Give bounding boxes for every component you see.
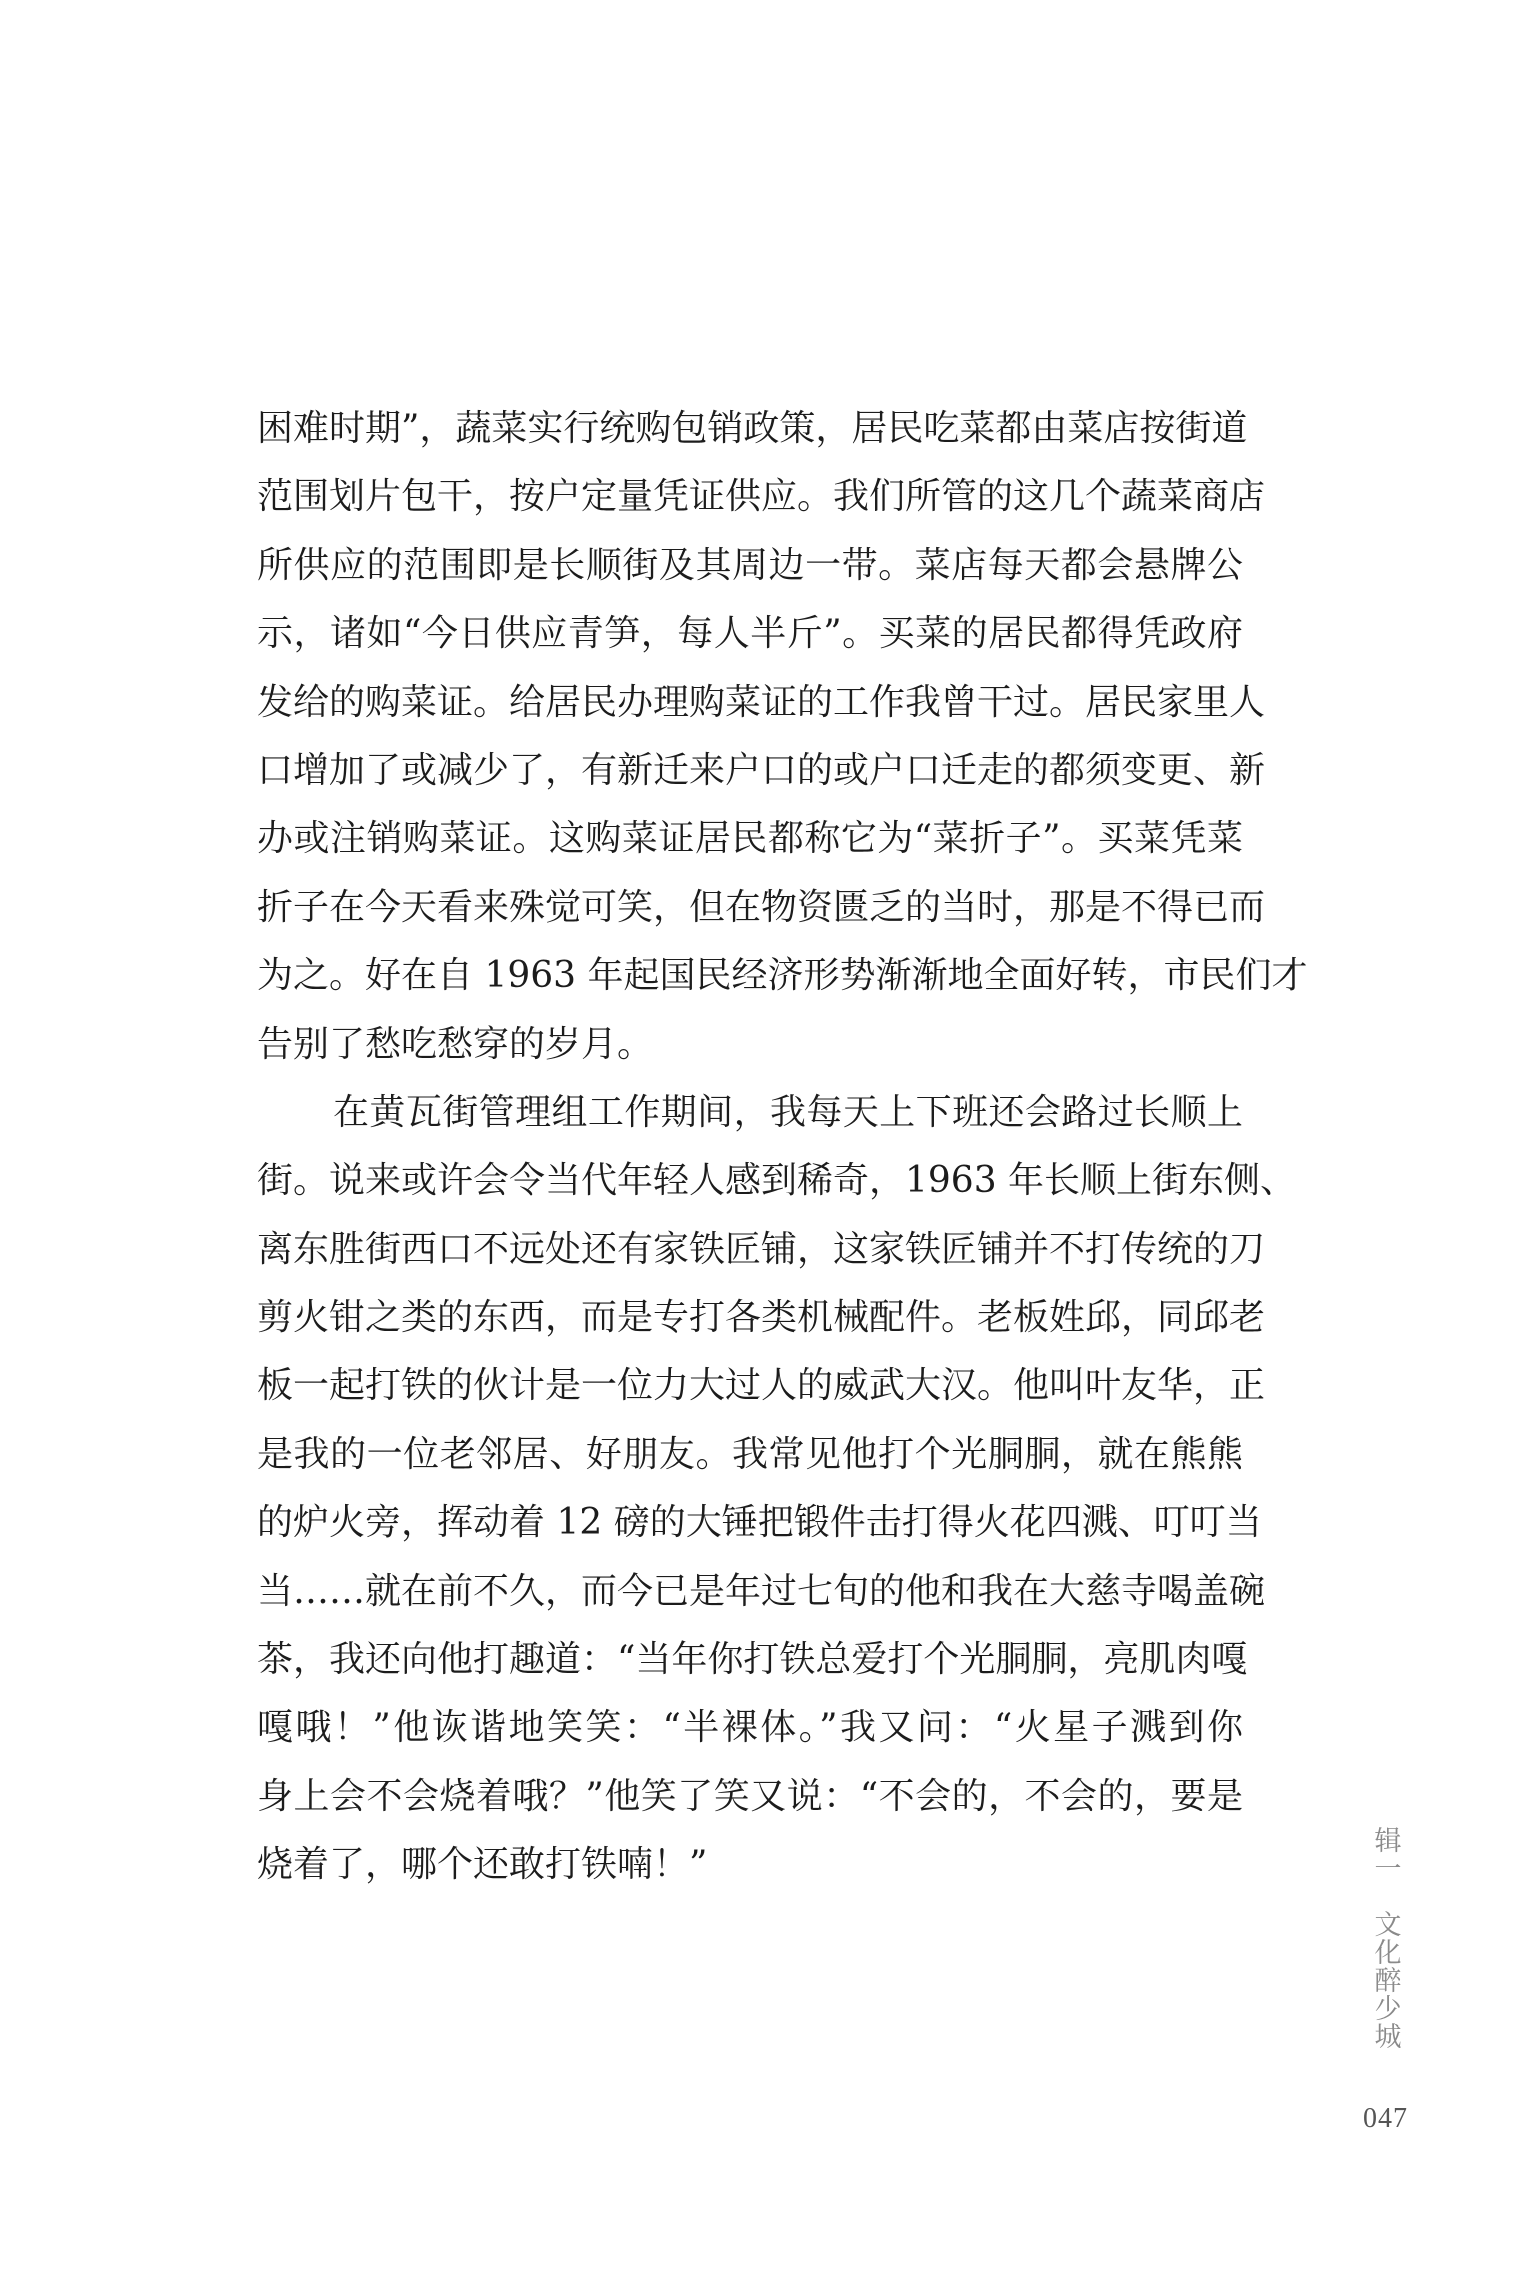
- body-text: 困难时期”，蔬菜实行统购包销政策，居民吃菜都由菜店按街道 范围划片包干，按户定量…: [257, 404, 1243, 1909]
- text-line: 在黄瓦街管理组工作期间，我每天上下班还会路过长顺上: [257, 1088, 1243, 1156]
- text-line: 身上会不会烧着哦？”他笑了笑又说：“不会的，不会的，要是: [257, 1772, 1243, 1840]
- text-line: 所供应的范围即是长顺街及其周边一带。菜店每天都会悬牌公: [257, 541, 1243, 609]
- text-line: 茶，我还向他打趣道：“当年你打铁总爱打个光胴胴，亮肌肉嘎: [257, 1635, 1243, 1703]
- text-line: 离东胜街西口不远处还有家铁匠铺，这家铁匠铺并不打传统的刀: [257, 1225, 1243, 1293]
- text-line: 烧着了，哪个还敢打铁喃！”: [257, 1840, 1243, 1908]
- paragraph-1: 困难时期”，蔬菜实行统购包销政策，居民吃菜都由菜店按街道 范围划片包干，按户定量…: [257, 404, 1243, 1088]
- text-line: 的炉火旁，挥动着 12 磅的大锤把锻件击打得火花四溅、叮叮当: [257, 1498, 1243, 1566]
- text-line: 街。说来或许会令当代年轻人感到稀奇，1963 年长顺上街东侧、: [257, 1156, 1243, 1224]
- text-line: 为之。好在自 1963 年起国民经济形势渐渐地全面好转，市民们才: [257, 951, 1243, 1019]
- text-line: 剪火钳之类的东西，而是专打各类机械配件。老板姓邱，同邱老: [257, 1293, 1243, 1361]
- text-line: 嘎哦！”他诙谐地笑笑：“半裸体。”我又问：“火星子溅到你: [257, 1703, 1243, 1771]
- text-line: 示，诸如“今日供应青笋，每人半斤”。买菜的居民都得凭政府: [257, 609, 1243, 677]
- text-line: 告别了愁吃愁穿的岁月。: [257, 1020, 1243, 1088]
- paragraph-2: 在黄瓦街管理组工作期间，我每天上下班还会路过长顺上 街。说来或许会令当代年轻人感…: [257, 1088, 1243, 1909]
- spacer: [1374, 1884, 1404, 1912]
- section-label: 辑一: [1374, 1828, 1402, 1884]
- text-line: 发给的购菜证。给居民办理购菜证的工作我曾干过。居民家里人: [257, 678, 1243, 746]
- text-line: 口增加了或减少了，有新迁来户口的或户口迁走的都须变更、新: [257, 746, 1243, 814]
- book-title: 文化醉少城: [1374, 1912, 1402, 2052]
- text-line: 板一起打铁的伙计是一位力大过人的威武大汉。他叫叶友华，正: [257, 1361, 1243, 1429]
- page-number: 047: [1363, 2103, 1408, 2135]
- text-line: 当……就在前不久，而今已是年过七旬的他和我在大慈寺喝盖碗: [257, 1567, 1243, 1635]
- text-line: 折子在今天看来殊觉可笑，但在物资匮乏的当时，那是不得已而: [257, 883, 1243, 951]
- book-page: 困难时期”，蔬菜实行统购包销政策，居民吃菜都由菜店按街道 范围划片包干，按户定量…: [0, 0, 1536, 2278]
- text-line: 困难时期”，蔬菜实行统购包销政策，居民吃菜都由菜店按街道: [257, 404, 1243, 472]
- text-line: 范围划片包干，按户定量凭证供应。我们所管的这几个蔬菜商店: [257, 472, 1243, 540]
- text-line: 办或注销购菜证。这购菜证居民都称它为“菜折子”。买菜凭菜: [257, 814, 1243, 882]
- running-head-vertical: 辑一 文化醉少城: [1374, 1828, 1404, 2052]
- text-line: 是我的一位老邻居、好朋友。我常见他打个光胴胴，就在熊熊: [257, 1430, 1243, 1498]
